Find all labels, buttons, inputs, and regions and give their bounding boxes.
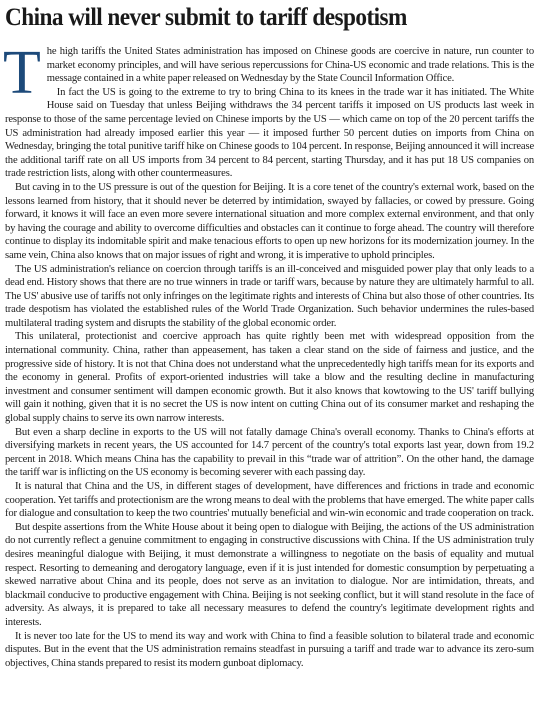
paragraph-text: he high tariffs the United States admini… <box>47 46 534 84</box>
paragraph-5: This unilateral, protectionist and coerc… <box>5 330 534 425</box>
paragraph-3: But caving in to the US pressure is out … <box>5 181 534 263</box>
drop-cap: T <box>3 48 41 100</box>
paragraph-8: But despite assertions from the White Ho… <box>5 521 534 630</box>
headline: China will never submit to tariff despot… <box>5 3 497 33</box>
paragraph-4: The US administration's reliance on coer… <box>5 263 534 331</box>
paragraph-1: The high tariffs the United States admin… <box>5 45 534 86</box>
paragraph-2: In fact the US is going to the extreme t… <box>5 86 534 181</box>
article-body: The high tariffs the United States admin… <box>5 45 534 670</box>
article: China will never submit to tariff despot… <box>0 0 539 670</box>
paragraph-6: But even a sharp decline in exports to t… <box>5 426 534 480</box>
paragraph-9: It is never too late for the US to mend … <box>5 630 534 671</box>
paragraph-7: It is natural that China and the US, in … <box>5 480 534 521</box>
